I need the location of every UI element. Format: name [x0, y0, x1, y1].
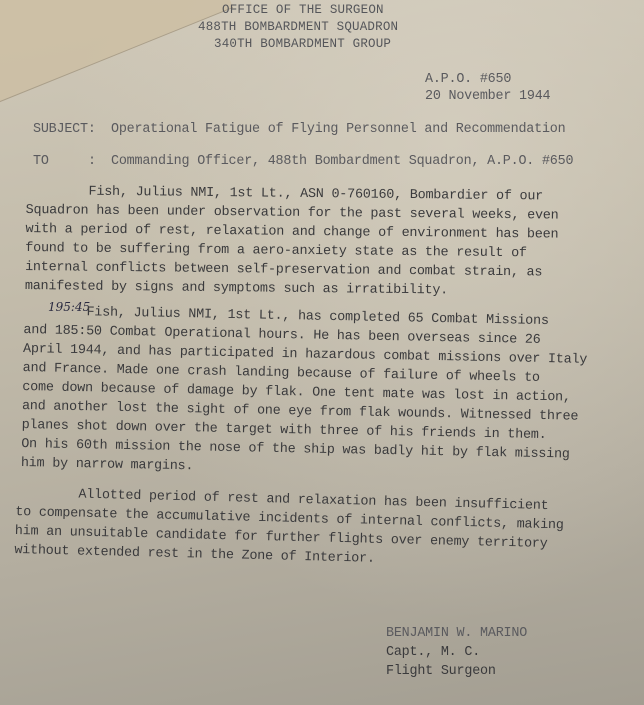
signer-rank: Capt., M. C. — [386, 643, 527, 662]
subject-label: SUBJECT: — [33, 120, 96, 139]
paragraph-combat-record: Fish, Julius NMI, 1st Lt., has completed… — [21, 302, 588, 484]
paragraph-recommendation: Allotted period of rest and relaxation h… — [14, 484, 564, 573]
signature-block: BENJAMIN W. MARINO Capt., M. C. Flight S… — [386, 624, 527, 681]
letterhead-squadron: 488TH BOMBARDMENT SQUADRON — [198, 20, 398, 34]
to-text: Commanding Officer, 488th Bombardment Sq… — [111, 152, 573, 171]
document-page: OFFICE OF THE SURGEON 488TH BOMBARDMENT … — [0, 0, 644, 705]
paragraph-observation: Fish, Julius NMI, 1st Lt., ASN 0-760160,… — [25, 182, 559, 302]
memo-date: 20 November 1944 — [425, 87, 550, 106]
subject-text: Operational Fatigue of Flying Personnel … — [111, 120, 565, 139]
folded-paper-corner — [0, 0, 233, 105]
signer-name: BENJAMIN W. MARINO — [386, 624, 527, 643]
to-separator: : — [88, 152, 96, 171]
letterhead-group: 340TH BOMBARDMENT GROUP — [214, 37, 391, 51]
letterhead-office: OFFICE OF THE SURGEON — [222, 3, 384, 17]
signer-title: Flight Surgeon — [386, 662, 527, 681]
to-label: TO — [33, 152, 49, 171]
